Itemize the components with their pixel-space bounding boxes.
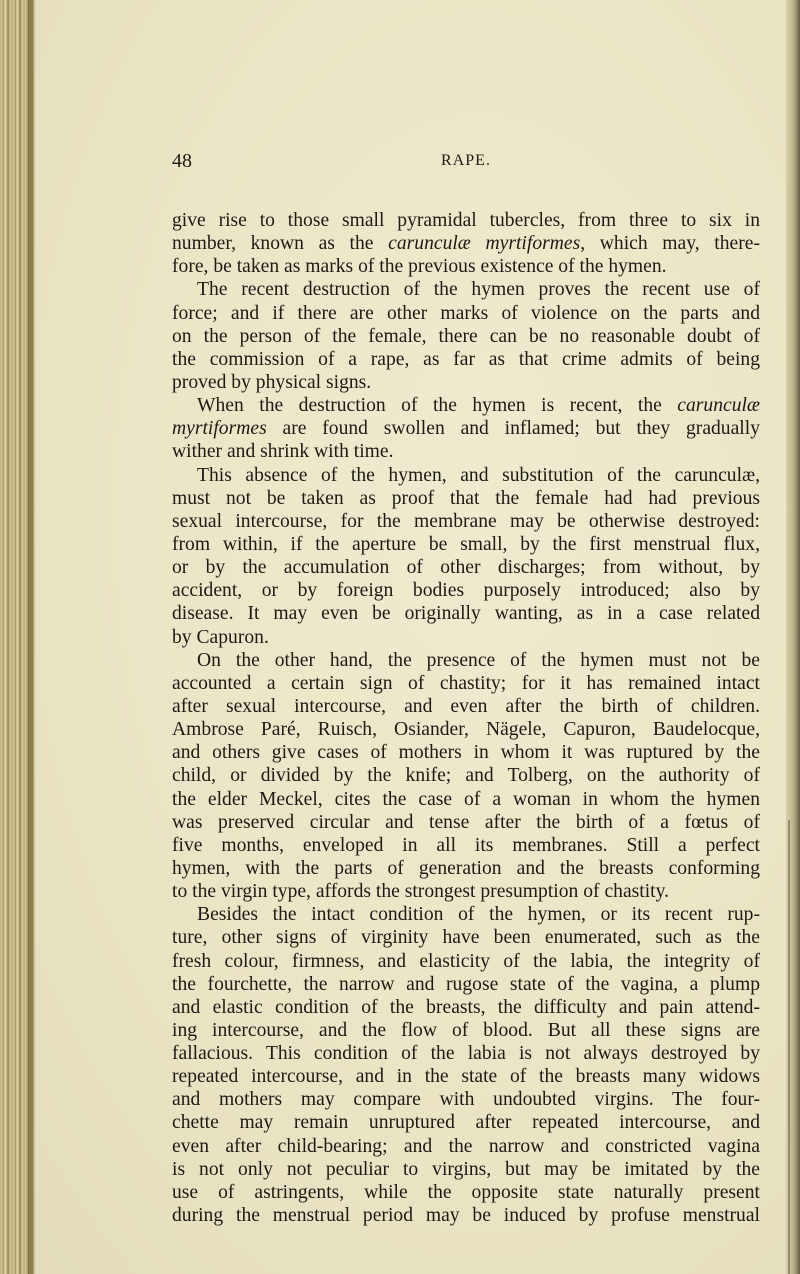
text-run: must not be taken as proof that the fema… — [172, 488, 760, 509]
text-run: The recent destruction of the hymen prov… — [197, 279, 760, 300]
text-run: fore, be taken as marks of the previous … — [172, 256, 667, 277]
text-run: repeated intercourse, and in the state o… — [172, 1066, 760, 1087]
text-line: chette may remain unruptured after repea… — [172, 1111, 760, 1134]
italic-term: carunculæ — [677, 395, 760, 416]
italic-term: carunculæ myrtiformes — [388, 233, 580, 254]
text-line: number, known as the carunculæ myrtiform… — [172, 232, 760, 255]
text-run: are found swollen and inflamed; but they… — [267, 418, 760, 439]
text-run: disease. It may even be originally wanti… — [172, 603, 760, 624]
text-line: This absence of the hymen, and substitut… — [172, 464, 760, 487]
text-line: hymen, with the parts of generation and … — [172, 857, 760, 880]
text-run: On the other hand, the presence of the h… — [197, 650, 760, 671]
text-line: myrtiformes are found swollen and inflam… — [172, 417, 760, 440]
text-line: even after child-bearing; and the narrow… — [172, 1135, 760, 1158]
paragraph: This absence of the hymen, and substitut… — [172, 464, 760, 649]
text-run: use of astringents, while the opposite s… — [172, 1182, 760, 1203]
text-run: from within, if the aperture be small, b… — [172, 534, 760, 555]
text-run: chette may remain unruptured after repea… — [172, 1112, 760, 1133]
text-line: to the virgin type, affords the stronges… — [172, 880, 760, 903]
text-line: fresh colour, firmness, and elasticity o… — [172, 950, 760, 973]
text-run: after sexual intercourse, and even after… — [172, 696, 760, 717]
text-line: ing intercourse, and the flow of blood. … — [172, 1019, 760, 1042]
text-line: the elder Meckel, cites the case of a wo… — [172, 788, 760, 811]
text-run: sexual intercourse, for the membrane may… — [172, 511, 760, 532]
text-run: accident, or by foreign bodies purposely… — [172, 580, 760, 601]
page-edge-line — [788, 820, 790, 1274]
text-line: proved by physical signs. — [172, 371, 760, 394]
text-run: the commission of a rape, as far as that… — [172, 349, 760, 370]
paragraph: When the destruction of the hymen is rec… — [172, 394, 760, 463]
text-run: the fourchette, the narrow and rugose st… — [172, 974, 760, 995]
text-run: even after child-bearing; and the narrow… — [172, 1136, 760, 1157]
binding-shadow — [28, 0, 36, 1274]
text-line: When the destruction of the hymen is rec… — [172, 394, 760, 417]
text-line: the fourchette, the narrow and rugose st… — [172, 973, 760, 996]
text-run: to the virgin type, affords the stronges… — [172, 881, 669, 902]
text-run: number, known as the — [172, 233, 388, 254]
text-run: is not only not peculiar to virgins, but… — [172, 1159, 760, 1180]
text-line: On the other hand, the presence of the h… — [172, 649, 760, 672]
text-run: hymen, with the parts of generation and … — [172, 858, 760, 879]
text-line: The recent destruction of the hymen prov… — [172, 278, 760, 301]
paragraph: On the other hand, the presence of the h… — [172, 649, 760, 904]
text-run: When the destruction of the hymen is rec… — [197, 395, 677, 416]
text-run: by Capuron. — [172, 627, 269, 648]
text-line: must not be taken as proof that the fema… — [172, 487, 760, 510]
text-run: ture, other signs of virginity have been… — [172, 927, 760, 948]
running-title: RAPE. — [172, 152, 760, 170]
body-text: give rise to those small pyramidal tuber… — [172, 209, 760, 1227]
text-run: and elastic condition of the breasts, th… — [172, 997, 760, 1018]
text-line: or by the accumulation of other discharg… — [172, 556, 760, 579]
text-run: and mothers may compare with undoubted v… — [172, 1089, 760, 1110]
text-run: on the person of the female, there can b… — [172, 326, 760, 347]
text-line: during the menstrual period may be induc… — [172, 1204, 760, 1227]
text-line: Ambrose Paré, Ruisch, Osiander, Nägele, … — [172, 718, 760, 741]
text-line: give rise to those small pyramidal tuber… — [172, 209, 760, 232]
text-line: was preserved circular and tense after t… — [172, 811, 760, 834]
text-run: force; and if there are other marks of v… — [172, 303, 760, 324]
text-run: during the menstrual period may be induc… — [172, 1205, 760, 1226]
text-line: sexual intercourse, for the membrane may… — [172, 510, 760, 533]
text-line: Besides the intact condition of the hyme… — [172, 903, 760, 926]
text-line: is not only not peculiar to virgins, but… — [172, 1158, 760, 1181]
book-page: 48 RAPE. give rise to those small pyrami… — [0, 0, 800, 1274]
text-run: This absence of the hymen, and substitut… — [197, 465, 760, 486]
text-line: and others give cases of mothers in whom… — [172, 741, 760, 764]
text-run: proved by physical signs. — [172, 372, 371, 393]
text-line: fallacious. This condition of the labia … — [172, 1042, 760, 1065]
text-line: by Capuron. — [172, 626, 760, 649]
paragraph: give rise to those small pyramidal tuber… — [172, 209, 760, 278]
text-run: was preserved circular and tense after t… — [172, 812, 760, 833]
text-run: give rise to those small pyramidal tuber… — [172, 210, 760, 231]
text-line: five months, enveloped in all its membra… — [172, 834, 760, 857]
text-line: disease. It may even be originally wanti… — [172, 602, 760, 625]
text-line: after sexual intercourse, and even after… — [172, 695, 760, 718]
text-line: force; and if there are other marks of v… — [172, 302, 760, 325]
text-line: wither and shrink with time. — [172, 440, 760, 463]
text-line: from within, if the aperture be small, b… — [172, 533, 760, 556]
text-run: wither and shrink with time. — [172, 441, 393, 462]
italic-term: myrtiformes — [172, 418, 267, 439]
text-run: accounted a certain sign of chastity; fo… — [172, 673, 760, 694]
text-line: accident, or by foreign bodies purposely… — [172, 579, 760, 602]
text-line: and elastic condition of the breasts, th… — [172, 996, 760, 1019]
text-run: child, or divided by the knife; and Tolb… — [172, 765, 760, 786]
text-run: , which may, there- — [580, 233, 760, 254]
text-run: ing intercourse, and the flow of blood. … — [172, 1020, 760, 1041]
paragraph: Besides the intact condition of the hyme… — [172, 903, 760, 1227]
text-run: five months, enveloped in all its membra… — [172, 835, 760, 856]
text-run: and others give cases of mothers in whom… — [172, 742, 760, 763]
text-line: repeated intercourse, and in the state o… — [172, 1065, 760, 1088]
text-line: fore, be taken as marks of the previous … — [172, 255, 760, 278]
text-line: child, or divided by the knife; and Tolb… — [172, 764, 760, 787]
text-run: or by the accumulation of other discharg… — [172, 557, 760, 578]
running-head: 48 RAPE. — [172, 150, 760, 176]
text-line: on the person of the female, there can b… — [172, 325, 760, 348]
text-run: fallacious. This condition of the labia … — [172, 1043, 760, 1064]
text-line: and mothers may compare with undoubted v… — [172, 1088, 760, 1111]
text-run: the elder Meckel, cites the case of a wo… — [172, 789, 760, 810]
text-line: the commission of a rape, as far as that… — [172, 348, 760, 371]
text-line: accounted a certain sign of chastity; fo… — [172, 672, 760, 695]
text-line: use of astringents, while the opposite s… — [172, 1181, 760, 1204]
text-run: Ambrose Paré, Ruisch, Osiander, Nägele, … — [172, 719, 760, 740]
text-run: Besides the intact condition of the hyme… — [197, 904, 760, 925]
text-run: fresh colour, firmness, and elasticity o… — [172, 951, 760, 972]
text-line: ture, other signs of virginity have been… — [172, 926, 760, 949]
paragraph: The recent destruction of the hymen prov… — [172, 278, 760, 394]
